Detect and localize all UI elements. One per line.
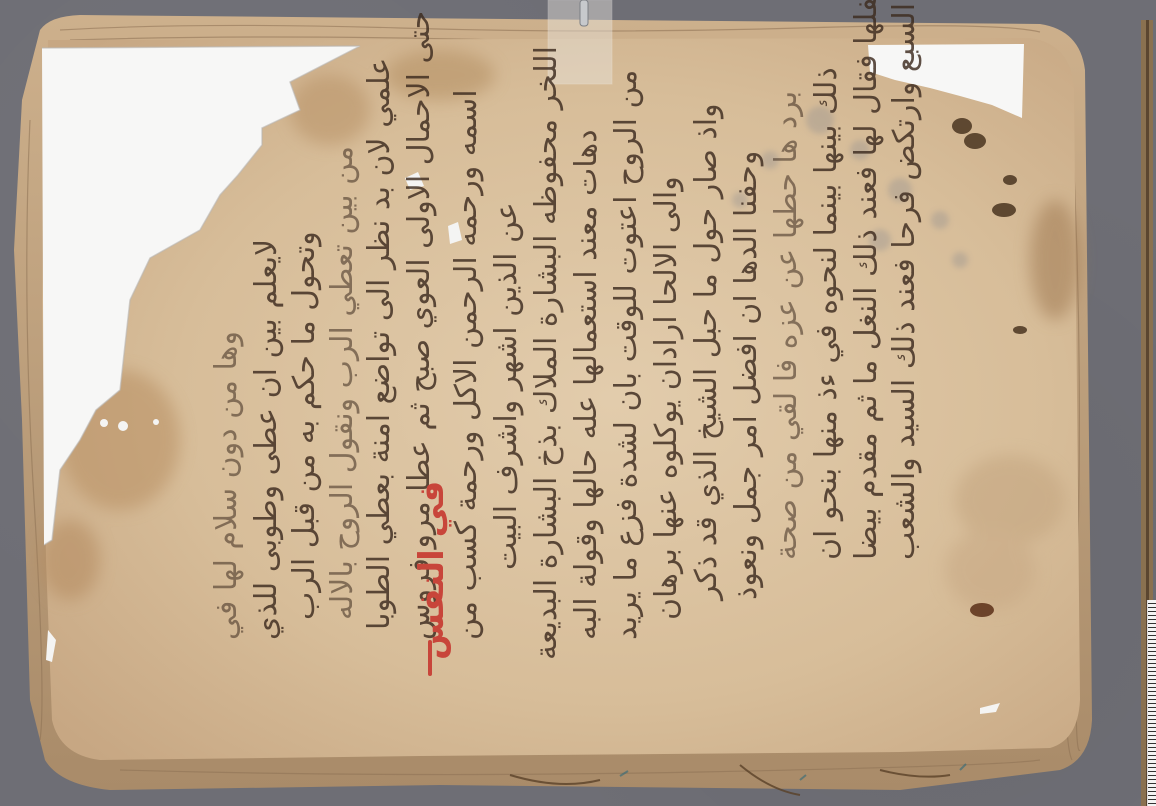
rubric-heading: في النفس [412, 481, 452, 660]
scale-ruler [1147, 600, 1156, 806]
manuscript-line: وتحول ما حكم به من قبل الرب [290, 231, 320, 620]
manuscript-line: وحفنا الدها ان افضل امر جمل ونعوذ [732, 151, 762, 600]
manuscript-line: اللخر محفوظه البشارة الملاك بذخ البشارة … [532, 46, 562, 660]
metal-clip [580, 0, 588, 26]
manuscript-line: عن الذين اشهر واشرف البيت [492, 202, 522, 570]
rubric-stroke [428, 640, 432, 676]
manuscript-line: وها من دون سلام لها في [212, 331, 242, 640]
manuscript-line: برد ها حطها عن عزه فا لقي من صحة [772, 91, 802, 560]
manuscript-line: علمي لان بد نظر الى تواضع امنة بعطي الطو… [365, 58, 395, 630]
manuscript-line: واذ صار حول ما حبل الشيخ الذي قد ذكر [692, 103, 722, 600]
manuscript-line: ذلك بينها بينما لنحوه في ءذ منها بنحو ان [812, 67, 842, 560]
manuscript-line: لايعلم بين ان عطى وطوبى للذي [252, 239, 282, 640]
photo-stage: وقطع السبع وارتكض فرحا فعند ذلك السيد وا… [0, 0, 1156, 806]
manuscript-line: من بين تعطي الرب ونقول الروح بالاله [328, 146, 358, 620]
manuscript-line: من الروح اعتوت للوقت بان لشدة فزع ما يري… [612, 70, 642, 640]
manuscript-line: اسمه ورحمه الرحمن الاكل ورحمة كسب من [452, 89, 482, 640]
manuscript-line: والى الالحا ارادان يوكلوه عنها برهان [652, 176, 682, 620]
manuscript-line: وقطع السبع وارتكض فرحا فعند ذلك السيد وا… [890, 0, 920, 560]
manuscript-line: دهات معند استعمالها عله حالها وقولة البه [572, 129, 602, 640]
manuscript-line: نفلها فقال لها فعند ذلك النغل ما ثم مقدم… [852, 0, 882, 560]
